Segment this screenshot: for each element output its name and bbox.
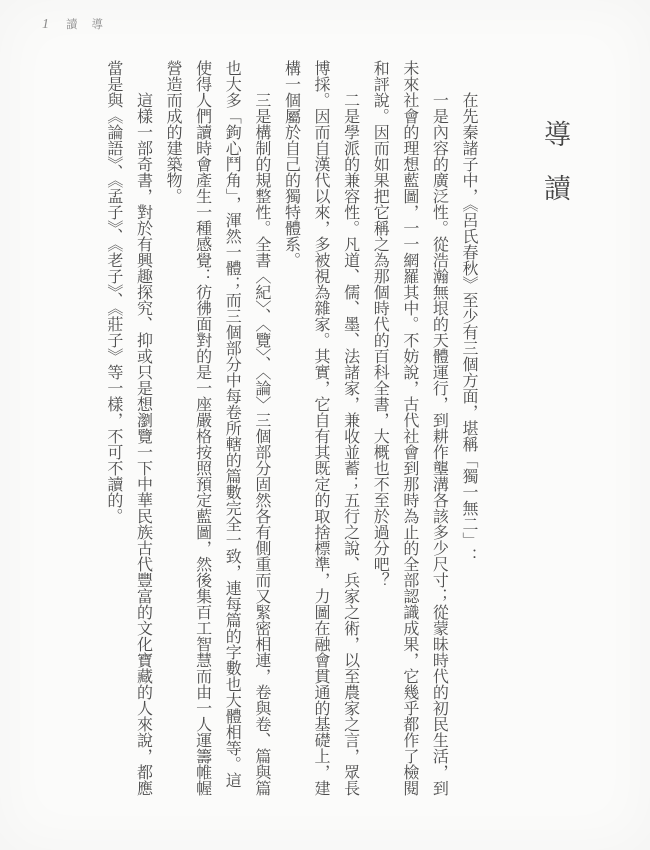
paragraph: 這樣一部奇書，對於有興趣探究、抑或只是想瀏覽一下中華民族古代豐富的文化寶藏的人來…: [98, 60, 157, 798]
book-page: 1 讀導 導讀 在先秦諸子中，《呂氏春秋》至少有三個方面，堪稱「獨一無二」： 一…: [0, 0, 650, 850]
body-text: 在先秦諸子中，《呂氏春秋》至少有三個方面，堪稱「獨一無二」： 一是內容的廣泛性。…: [98, 60, 483, 798]
paragraph: 三是構制的規整性。全書〈紀〉、〈覽〉、〈論〉三個部分固然各有側重而又緊密相連，卷…: [157, 60, 275, 798]
running-head-title: 讀導: [66, 16, 117, 32]
page-header: 1 讀導: [42, 16, 117, 33]
chapter-title: 導讀: [536, 120, 575, 228]
paragraph: 在先秦諸子中，《呂氏春秋》至少有三個方面，堪稱「獨一無二」：: [453, 60, 483, 798]
paragraph: 二是學派的兼容性。凡道、儒、墨、法諸家，兼收並蓄；五行之說、兵家之術，以至農家之…: [276, 60, 365, 798]
paragraph: 一是內容的廣泛性。從浩瀚無垠的天體運行，到耕作壟溝各該多少尺寸；從蒙昧時代的初民…: [365, 60, 454, 798]
page-number: 1: [42, 17, 49, 33]
